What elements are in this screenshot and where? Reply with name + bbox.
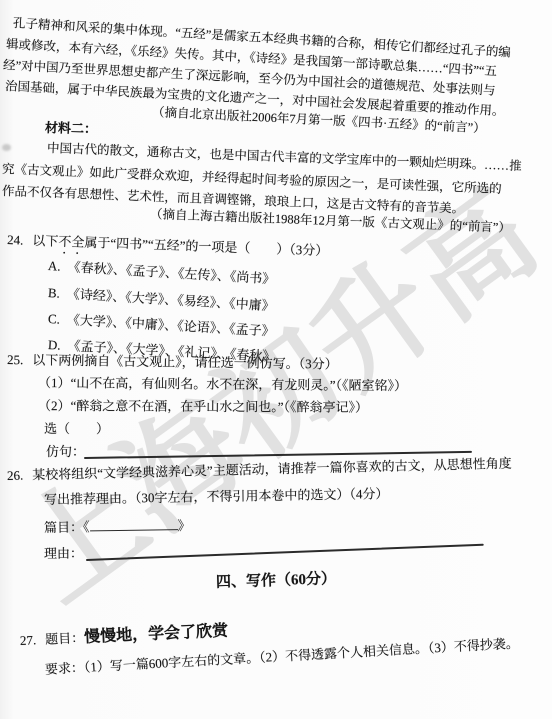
option-label: D. [48,337,61,354]
option-label: B. [48,285,61,302]
q24-stem-emphasis: 不全 [58,234,85,250]
q27-title-row: 27.题目：慢慢地，学会了欣赏 [20,622,229,651]
q25-example-1: （1）“山不在高，有仙则名。水不在深，有龙则灵。”（《陋室铭》） [38,375,407,394]
q26-stem-line2: 写出推荐理由。（30字左右，不得引用本卷中的选文）（4分） [44,486,389,508]
q26-stem-text1: 某校将组织“文学经典滋养心灵”主题活动，请推荐一篇你喜欢的古文，从思想性角度 [32,456,512,483]
q24-stem-post: 属于“四书”“五经”的一项是（ ）（3分） [84,235,328,259]
q27-title-label: 题目： [45,630,85,647]
q26-title-field: 篇目：《》 [44,516,191,536]
writing-section-heading: 四、写作（60分） [0,563,552,599]
option-text: 《诗经》、《大学》、《易经》、《中庸》 [66,286,275,313]
q25-imitation-label: 仿句： [46,444,85,460]
q24-number: 24. [7,232,24,249]
option-text: 《大学》、《中庸》、《论语》、《孟子》 [67,312,276,339]
q26-number: 26. [7,468,24,485]
q26-reason-writing-line [86,544,484,561]
q27-essay-title: 慢慢地，学会了欣赏 [84,623,229,647]
q25-stem-text: 以下两例摘自《古文观止》，请任选一例仿写。（3分） [32,352,338,371]
option-label: C. [48,311,61,328]
q26-reason-label: 理由： [44,546,83,563]
material-two-heading: 材料二： [45,120,97,138]
q26-title-label: 篇目：《 [44,519,90,535]
q25-choose-blank: 选（ ） [44,421,109,437]
q24-stem-pre: 以下 [32,233,59,249]
scan-speck [2,144,11,151]
scanned-exam-page: 上海初升高 孔子精神和风采的集中体现。“五经”是儒家五本经典书籍的合称，相传它们… [0,0,552,719]
q25-number: 25. [7,352,23,368]
q24-option-c: C.《大学》、《中庸》、《论语》、《孟子》 [48,311,275,340]
option-label: A. [48,258,62,275]
q25-stem: 25.以下两例摘自《古文观止》，请任选一例仿写。（3分） [7,352,338,373]
q24-option-b: B.《诗经》、《大学》、《易经》、《中庸》 [48,285,276,315]
q25-example-2: （2）“醉翁之意不在酒，在乎山水之间也。”（《醉翁亭记》） [38,398,368,416]
q26-title-blank [89,516,177,531]
q26-title-close: 》 [177,518,190,533]
q27-number: 27. [20,632,37,649]
